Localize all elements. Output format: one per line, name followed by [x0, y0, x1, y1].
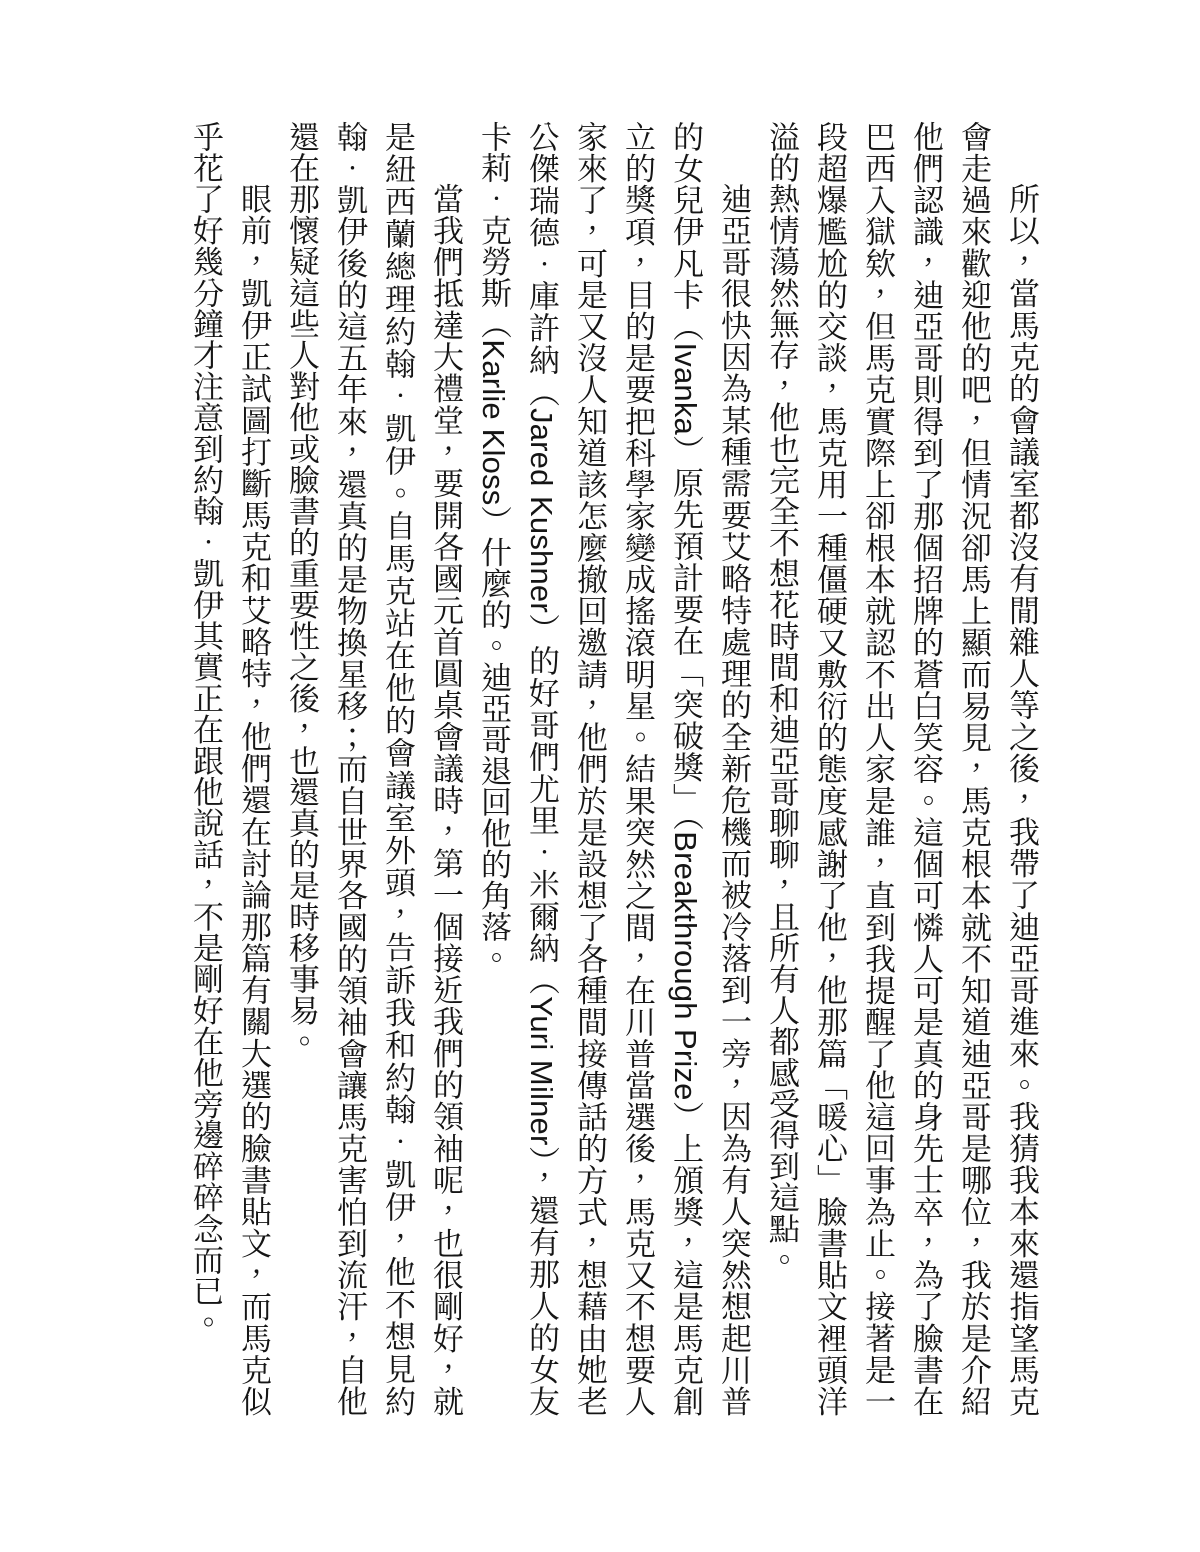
paragraph-3: 當我們抵達大禮堂，要開各國元首圓桌會議時，第一個接近我們的領袖呢，也很剛好，就是… [277, 121, 469, 1417]
book-page: 所以，當馬克的會議室都沒有閒雜人等之後，我帶了迪亞哥進來。我猜我本來還指望馬克會… [0, 0, 1200, 1552]
paragraph-4: 眼前，凱伊正試圖打斷馬克和艾略特，他們還在討論那篇有關大選的臉書貼文，而馬克似乎… [181, 121, 277, 1417]
body-text: 所以，當馬克的會議室都沒有閒雜人等之後，我帶了迪亞哥進來。我猜我本來還指望馬克會… [181, 121, 1045, 1417]
paragraph-2: 迪亞哥很快因為某種需要艾略特處理的全新危機而被冷落到一旁，因為有人突然想起川普的… [469, 121, 757, 1417]
paragraph-1: 所以，當馬克的會議室都沒有閒雜人等之後，我帶了迪亞哥進來。我猜我本來還指望馬克會… [757, 121, 1045, 1417]
